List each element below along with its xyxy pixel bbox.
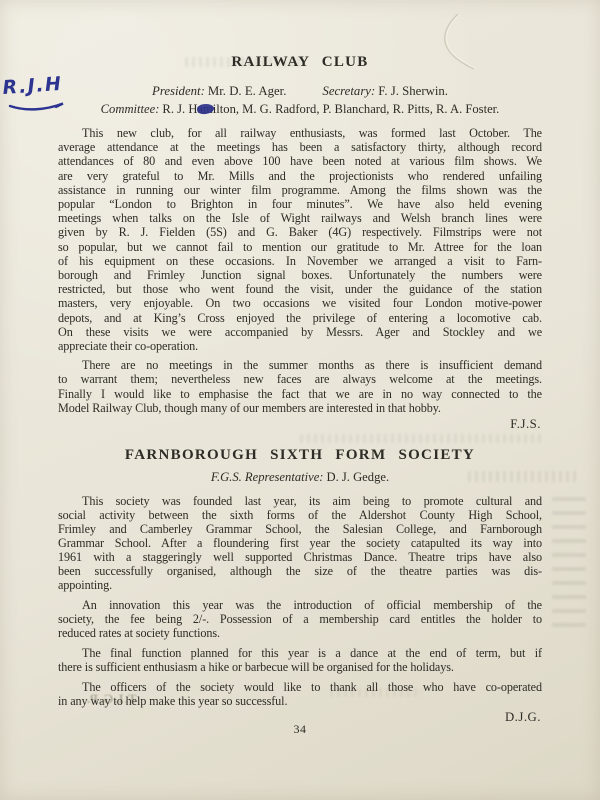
text-line: restricted, but those who went found the… (58, 282, 542, 296)
text-line: depots, and at King’s Cross enjoyed the … (58, 311, 542, 325)
president-label: President: (152, 84, 205, 98)
text-line: appointing. (58, 578, 542, 592)
society-paragraph-3: The final function planned for this year… (58, 646, 542, 674)
text-line: Model Railway Club, though many of our m… (58, 401, 542, 415)
committee-label: Committee: (101, 102, 160, 116)
text-line: reduced rates at society functions. (58, 626, 542, 640)
representative-label: F.G.S. Representative: (211, 470, 324, 484)
railway-club-officers: President:Mr. D. E. Ager. Secretary:F. J… (58, 84, 542, 99)
railway-club-committee: Committee:R. J. Hamilton, M. G. Radford,… (36, 102, 564, 117)
railway-club-paragraph-1: This new club, for all railway enthusias… (58, 126, 542, 353)
text-line: attendances of 80 and even above 100 hav… (58, 154, 542, 168)
text-line: masters, very enjoyable. On two occasion… (58, 296, 542, 310)
text-line: The officers of the society would like t… (58, 680, 542, 694)
sixth-form-society-section: FARNBOROUGH SIXTH FORM SOCIETY F.G.S. Re… (0, 447, 600, 725)
president-name: Mr. D. E. Ager. (208, 84, 287, 98)
text-line: There are no meetings in the summer mont… (58, 358, 542, 372)
magazine-page-scan: T.I.G.P. R.J.H RAILWAY CLUB President:Mr… (0, 0, 600, 800)
text-line: Finally I would like to emphasise the fa… (58, 387, 542, 401)
sixth-form-society-representative: F.G.S. Representative:D. J. Gedge. (0, 470, 600, 485)
text-line: to warrant them; nevertheless new faces … (58, 372, 542, 386)
page-number: 34 (0, 722, 600, 737)
society-paragraph-2: An innovation this year was the introduc… (58, 598, 542, 640)
society-paragraph-1: This society was founded last year, its … (58, 494, 542, 592)
bleedthrough-ghost (300, 434, 545, 443)
text-line: of his equipment on these occasions. In … (58, 254, 542, 268)
text-line: in any way to help make this year so suc… (58, 694, 542, 708)
railway-club-body: This new club, for all railway enthusias… (58, 126, 542, 432)
text-line: On these visits we were accompanied by M… (58, 325, 542, 339)
text-line: social activity between the sixth forms … (58, 508, 542, 522)
representative-name: D. J. Gedge. (327, 470, 390, 484)
text-line: appreciate their co-operation. (58, 339, 542, 353)
text-line: popular “London to Brighton in four minu… (58, 197, 542, 211)
text-line: The final function planned for this year… (58, 646, 542, 660)
text-line: meetings when talks on the Isle of Wight… (58, 211, 542, 225)
text-line: society, the fee being 2/-. Possession o… (58, 612, 542, 626)
text-line: there is sufficient enthusiasm a hike or… (58, 660, 542, 674)
secretary-label: Secretary: (322, 84, 375, 98)
text-line: An innovation this year was the introduc… (58, 598, 542, 612)
railway-club-signature: F.J.S. (58, 417, 542, 432)
railway-club-paragraph-2: There are no meetings in the summer mont… (58, 358, 542, 415)
text-line: are very grateful to Mr. Mills and the p… (58, 169, 542, 183)
text-line: Grammar School. After a floundering firs… (58, 536, 542, 550)
text-line: borough and Frimley Junction signal boxe… (58, 268, 542, 282)
secretary-entry: Secretary:F. J. Sherwin. (322, 84, 448, 99)
text-line: assistance in running our winter film pr… (58, 183, 542, 197)
sixth-form-society-title: FARNBOROUGH SIXTH FORM SOCIETY (0, 447, 600, 464)
railway-club-title: RAILWAY CLUB (0, 54, 600, 71)
sixth-form-society-body: This society was founded last year, its … (58, 494, 542, 725)
society-paragraph-4: The officers of the society would like t… (58, 680, 542, 708)
handwritten-initials-text: R.J.H (2, 73, 63, 99)
text-line: so popular, but we cannot fail to mentio… (58, 240, 542, 254)
president-entry: President:Mr. D. E. Ager. (152, 84, 286, 99)
text-line: average attendance at the meetings has b… (58, 140, 542, 154)
text-line: Frimley and Camberley Grammar School, th… (58, 522, 542, 536)
secretary-name: F. J. Sherwin. (378, 84, 448, 98)
text-line: This society was founded last year, its … (58, 494, 542, 508)
text-line: This new club, for all railway enthusias… (58, 126, 542, 140)
text-line: 1961 with a staggeringly well supported … (58, 550, 542, 564)
text-line: been successfully organised, although th… (58, 564, 542, 578)
text-line: given by R. J. Fielden (5S) and G. Baker… (58, 225, 542, 239)
